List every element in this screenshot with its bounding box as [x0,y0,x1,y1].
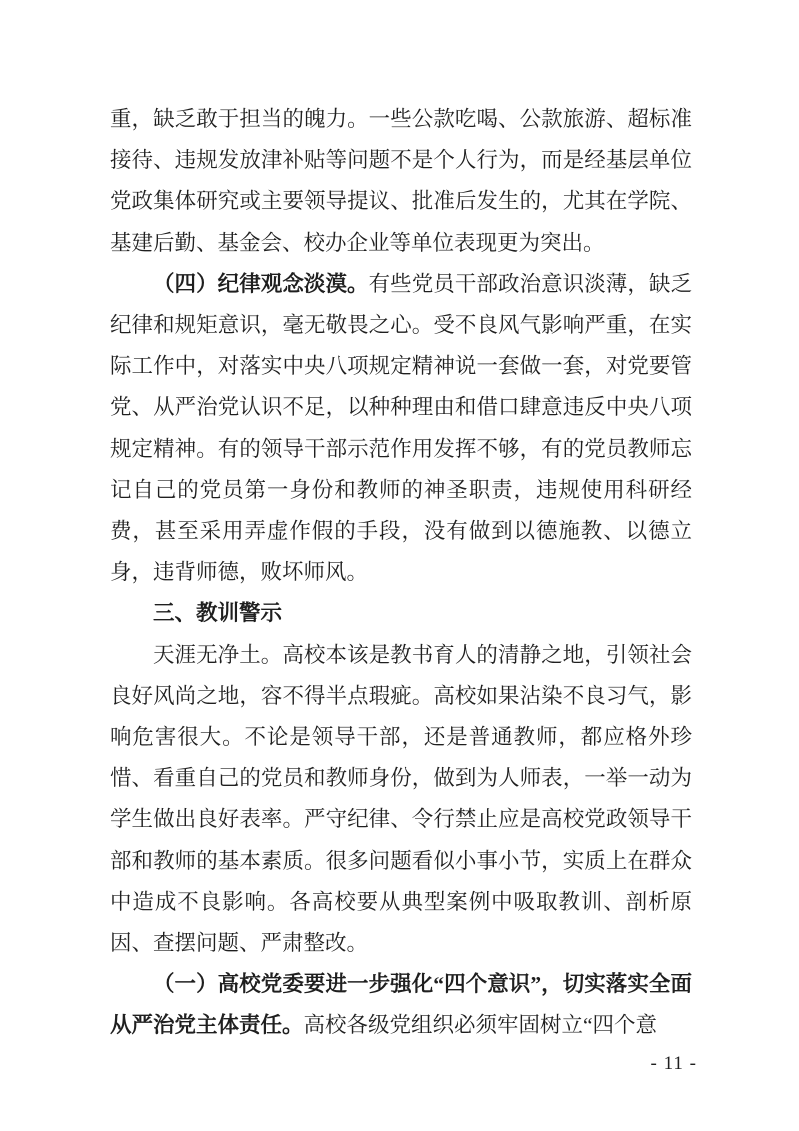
document-text-block: 重，缺乏敢于担当的魄力。一些公款吃喝、公款旅游、超标准接待、违规发放津补贴等问题… [110,99,692,1047]
paragraph-bold-lead: （四）纪律观念淡漠。 [153,272,369,296]
paragraph-lessons: 天涯无净土。高校本该是教书育人的清静之地，引领社会良好风尚之地，容不得半点瑕疵。… [110,635,692,965]
paragraph-body-text: 高校各级党组织必须牢固树立“四个意 [304,1013,658,1037]
paragraph-body-text: 有些党员干部政治意识淡薄，缺乏纪律和规矩意识，毫无敬畏之心。受不良风气影响严重，… [110,272,692,584]
paragraph-discipline: （四）纪律观念淡漠。有些党员干部政治意识淡薄，缺乏纪律和规矩意识，毫无敬畏之心。… [110,264,692,594]
paragraph-party-committee: （一）高校党委要进一步强化“四个意识”，切实落实全面从严治党主体责任。高校各级党… [110,964,692,1046]
page-number: - 11 - [651,1052,697,1076]
paragraph-body-text: 天涯无净土。高校本该是教书育人的清静之地，引领社会良好风尚之地，容不得半点瑕疵。… [110,643,692,955]
section-heading: 三、教训警示 [110,593,692,634]
paragraph-continued: 重，缺乏敢于担当的魄力。一些公款吃喝、公款旅游、超标准接待、违规发放津补贴等问题… [110,99,692,264]
document-page: 重，缺乏敢于担当的魄力。一些公款吃喝、公款旅游、超标准接待、违规发放津补贴等问题… [0,0,799,1131]
